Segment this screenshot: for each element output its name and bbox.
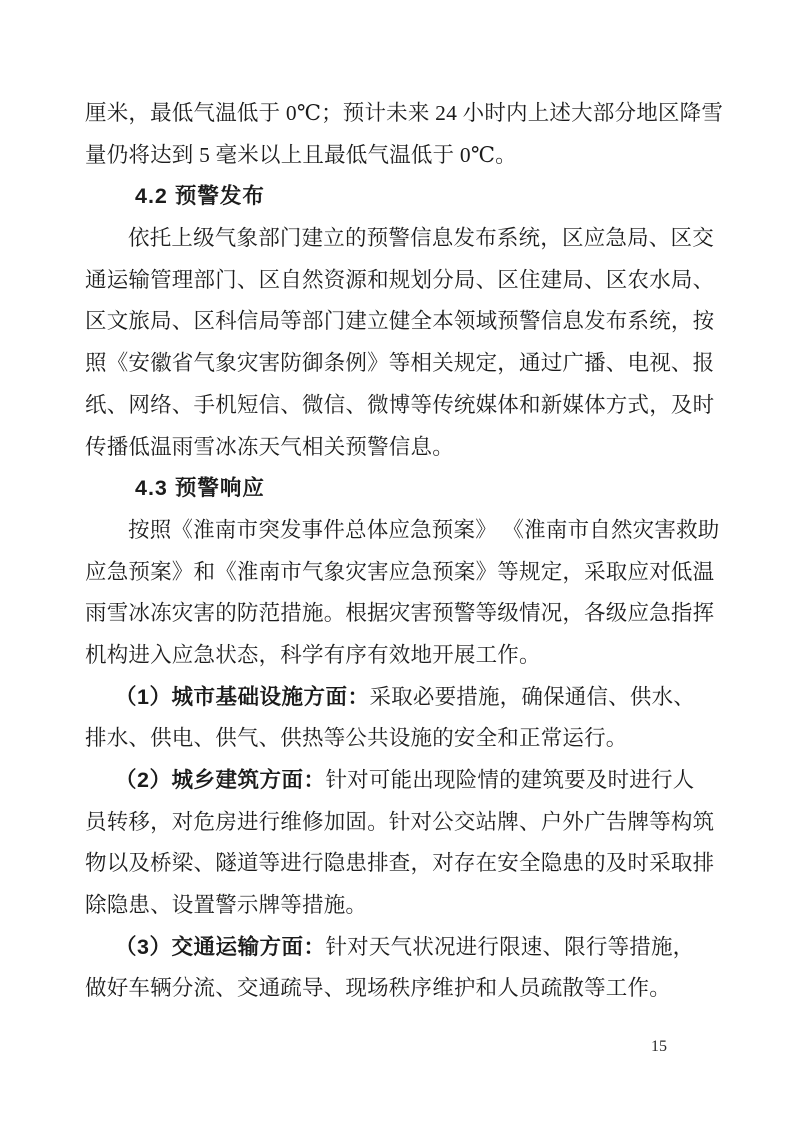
line-text: 针对天气状况进行限速、限行等措施， bbox=[325, 935, 694, 959]
heading-text: 4.2 预警发布 bbox=[135, 184, 265, 208]
text-line: 物以及桥梁、隧道等进行隐患排查，对存在安全隐患的及时采取排 bbox=[85, 843, 715, 885]
line-text: 针对可能出现险情的建筑要及时进行人 bbox=[325, 768, 694, 792]
item-bold-lead: （1）城市基础设施方面： bbox=[115, 685, 369, 709]
line-text: 排水、供电、供气、供热等公共设施的安全和正常运行。 bbox=[85, 726, 628, 750]
text-line: 照《安徽省气象灾害防御条例》等相关规定，通过广播、电视、报 bbox=[85, 343, 715, 385]
text-line: 按照《淮南市突发事件总体应急预案》 《淮南市自然灾害救助 bbox=[85, 510, 715, 552]
heading-text: 4.3 预警响应 bbox=[135, 476, 265, 500]
document-page: 厘米，最低气温低于 0℃；预计未来 24 小时内上述大部分地区降雪 量仍将达到 … bbox=[0, 0, 793, 1122]
numbered-item-1: （1）城市基础设施方面：采取必要措施，确保通信、供水、 bbox=[85, 677, 715, 719]
text-line: 通运输管理部门、区自然资源和规划分局、区住建局、区农水局、 bbox=[85, 260, 715, 302]
text-line: 做好车辆分流、交通疏导、现场秩序维护和人员疏散等工作。 bbox=[85, 968, 715, 1010]
line-text: 区文旅局、区科信局等部门建立健全本领域预警信息发布系统，按 bbox=[85, 309, 714, 333]
text-line: 员转移，对危房进行维修加固。针对公交站牌、户外广告牌等构筑 bbox=[85, 802, 715, 844]
section-heading-4-3: 4.3 预警响应 bbox=[85, 468, 715, 510]
line-text: 照《安徽省气象灾害防御条例》等相关规定，通过广播、电视、报 bbox=[85, 351, 714, 375]
line-text: 物以及桥梁、隧道等进行隐患排查，对存在安全隐患的及时采取排 bbox=[85, 851, 714, 875]
numbered-item-3: （3）交通运输方面：针对天气状况进行限速、限行等措施， bbox=[85, 927, 715, 969]
text-line: 除隐患、设置警示牌等措施。 bbox=[85, 885, 715, 927]
line-text: 按照《淮南市突发事件总体应急预案》 《淮南市自然灾害救助 bbox=[128, 518, 719, 542]
text-line: 量仍将达到 5 毫米以上且最低气温低于 0℃。 bbox=[85, 135, 715, 177]
text-line: 区文旅局、区科信局等部门建立健全本领域预警信息发布系统，按 bbox=[85, 301, 715, 343]
page-body-text: 厘米，最低气温低于 0℃；预计未来 24 小时内上述大部分地区降雪 量仍将达到 … bbox=[85, 93, 715, 1010]
text-line: 机构进入应急状态，科学有序有效地开展工作。 bbox=[85, 635, 715, 677]
numbered-item-2: （2）城乡建筑方面：针对可能出现险情的建筑要及时进行人 bbox=[85, 760, 715, 802]
text-line: 雨雪冰冻灾害的防范措施。根据灾害预警等级情况，各级应急指挥 bbox=[85, 593, 715, 635]
line-text: 通运输管理部门、区自然资源和规划分局、区住建局、区农水局、 bbox=[85, 268, 714, 292]
line-text: 机构进入应急状态，科学有序有效地开展工作。 bbox=[85, 643, 541, 667]
text-line: 依托上级气象部门建立的预警信息发布系统，区应急局、区交 bbox=[85, 218, 715, 260]
text-line: 传播低温雨雪冰冻天气相关预警信息。 bbox=[85, 427, 715, 469]
page-number: 15 bbox=[651, 1036, 667, 1058]
line-text: 应急预案》和《淮南市气象灾害应急预案》等规定，采取应对低温 bbox=[85, 560, 714, 584]
line-text: 做好车辆分流、交通疏导、现场秩序维护和人员疏散等工作。 bbox=[85, 976, 671, 1000]
line-text: 雨雪冰冻灾害的防范措施。根据灾害预警等级情况，各级应急指挥 bbox=[85, 601, 714, 625]
line-text: 依托上级气象部门建立的预警信息发布系统，区应急局、区交 bbox=[128, 226, 714, 250]
line-text: 传播低温雨雪冰冻天气相关预警信息。 bbox=[85, 435, 454, 459]
line-text: 厘米，最低气温低于 0℃；预计未来 24 小时内上述大部分地区降雪 bbox=[85, 101, 723, 125]
item-bold-lead: （3）交通运输方面： bbox=[115, 935, 325, 959]
text-line: 纸、网络、手机短信、微信、微博等传统媒体和新媒体方式，及时 bbox=[85, 385, 715, 427]
line-text: 员转移，对危房进行维修加固。针对公交站牌、户外广告牌等构筑 bbox=[85, 810, 714, 834]
text-line: 厘米，最低气温低于 0℃；预计未来 24 小时内上述大部分地区降雪 bbox=[85, 93, 715, 135]
line-text: 采取必要措施，确保通信、供水、 bbox=[369, 685, 695, 709]
line-text: 量仍将达到 5 毫米以上且最低气温低于 0℃。 bbox=[85, 143, 517, 167]
line-text: 纸、网络、手机短信、微信、微博等传统媒体和新媒体方式，及时 bbox=[85, 393, 714, 417]
section-heading-4-2: 4.2 预警发布 bbox=[85, 176, 715, 218]
line-text: 除隐患、设置警示牌等措施。 bbox=[85, 893, 367, 917]
item-bold-lead: （2）城乡建筑方面： bbox=[115, 768, 325, 792]
text-line: 排水、供电、供气、供热等公共设施的安全和正常运行。 bbox=[85, 718, 715, 760]
text-line: 应急预案》和《淮南市气象灾害应急预案》等规定，采取应对低温 bbox=[85, 552, 715, 594]
